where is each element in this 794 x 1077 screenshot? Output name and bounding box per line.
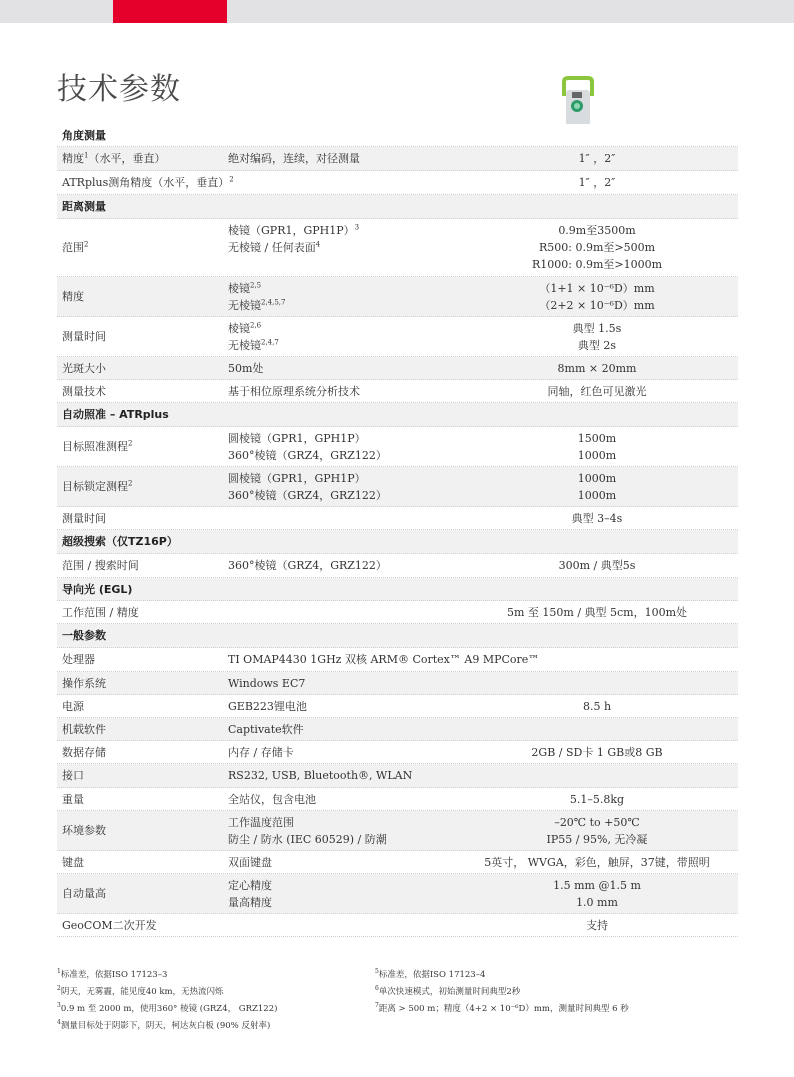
row-spec: TI OMAP4430 1GHz 双核 ARM® Cortex™ A9 MPCo… [228, 651, 738, 668]
row-label: 目标照准测程2 [57, 438, 228, 455]
section-header-powersearch: 超级搜索（仅TZ16P） [57, 530, 738, 554]
table-row: 重量 全站仪，包含电池 5.1–5.8kg [57, 788, 738, 811]
row-value: 5英寸， WVGA，彩色，触屏，37键，带照明 [456, 854, 738, 871]
row-label: 光斑大小 [57, 360, 228, 377]
section-header-general: 一般参数 [57, 624, 738, 648]
brand-accent-block [113, 0, 227, 23]
row-label: 测量时间 [57, 328, 228, 345]
section-header-atrplus: 自动照准 – ATRplus [57, 403, 738, 427]
row-label: 机载软件 [57, 721, 228, 738]
section-header-angle: 角度测量 [57, 124, 738, 147]
row-label: 范围 / 搜索时间 [57, 557, 228, 574]
row-value: 5m 至 150m / 典型 5cm，100m处 [456, 604, 738, 621]
row-label: 精度 [57, 288, 228, 305]
footnote-3: 30.9 m 至 2000 m，使用360° 棱镜 (GRZ4， GRZ122) [57, 1001, 277, 1018]
row-spec: RS232, USB, Bluetooth®, WLAN [228, 767, 456, 784]
footnotes-left: 1标准差，依据ISO 17123–3 2阴天，无雾霾，能见度40 km，无热流闪… [57, 967, 277, 1035]
row-value: 5.1–5.8kg [456, 791, 738, 808]
table-row: 数据存储 内存 / 存储卡 2GB / SD卡 1 GB或8 GB [57, 741, 738, 764]
table-row: 电源 GEB223锂电池 8.5 h [57, 695, 738, 718]
row-label: GeoCOM二次开发 [57, 917, 228, 934]
row-label: 范围2 [57, 239, 228, 256]
row-value: 1500m 1000m [456, 430, 738, 464]
row-label: 电源 [57, 698, 228, 715]
section-header-egl: 导向光 (EGL) [57, 578, 738, 601]
row-spec: 绝对编码，连续，对径测量 [228, 150, 456, 167]
table-row: 工作范围 / 精度 5m 至 150m / 典型 5cm，100m处 [57, 601, 738, 624]
row-spec: 圆棱镜（GPR1，GPH1P） 360°棱镜（GRZ4，GRZ122） [228, 430, 456, 464]
table-row: 测量时间 典型 3–4s [57, 507, 738, 530]
row-label: 接口 [57, 767, 228, 784]
footnote-6: 6单次快速模式，初始测量时间典型2秒 [375, 984, 629, 1001]
table-row: 目标锁定测程2 圆棱镜（GPR1，GPH1P） 360°棱镜（GRZ4，GRZ1… [57, 467, 738, 507]
row-spec: 棱镜2,5 无棱镜2,4,5,7 [228, 280, 456, 314]
row-label: 键盘 [57, 854, 228, 871]
row-spec: 定心精度 量高精度 [228, 877, 456, 911]
row-value: （1+1 × 10⁻⁶D）mm （2+2 × 10⁻⁶D）mm [456, 280, 738, 314]
row-spec: 内存 / 存储卡 [228, 744, 456, 761]
row-value: 典型 3–4s [456, 510, 738, 527]
row-label: 测量时间 [57, 510, 228, 527]
table-row: 精度1（水平，垂直） 绝对编码，连续，对径测量 1″ ，2″ [57, 147, 738, 171]
row-spec: 50m处 [228, 360, 456, 377]
table-row: 精度 棱镜2,5 无棱镜2,4,5,7 （1+1 × 10⁻⁶D）mm （2+2… [57, 277, 738, 317]
row-spec: 棱镜（GPR1，GPH1P）3 无棱镜 / 任何表面4 [228, 219, 456, 256]
table-row: 自动量高 定心精度 量高精度 1.5 mm @1.5 m 1.0 mm [57, 874, 738, 914]
table-row: 测量技术 基于相位原理系统分析技术 同轴，红色可见激光 [57, 380, 738, 403]
table-row: 环境参数 工作温度范围 防尘 / 防水 (IEC 60529) / 防潮 –20… [57, 811, 738, 851]
row-spec: 双面键盘 [228, 854, 456, 871]
row-label: 目标锁定测程2 [57, 478, 228, 495]
footnotes-right: 5标准差，依据ISO 17123–4 6单次快速模式，初始测量时间典型2秒 7距… [375, 967, 629, 1018]
top-header-bar [0, 0, 794, 23]
table-row: 操作系统 Windows EC7 [57, 672, 738, 695]
row-label: ATRplus测角精度（水平，垂直）2 [57, 174, 456, 191]
row-value: 同轴，红色可见激光 [456, 383, 738, 400]
row-value: 8.5 h [456, 698, 738, 715]
row-label: 数据存储 [57, 744, 228, 761]
footnote-1: 1标准差，依据ISO 17123–3 [57, 967, 277, 984]
footnote-2: 2阴天，无雾霾，能见度40 km，无热流闪烁 [57, 984, 277, 1001]
row-value: 1.5 mm @1.5 m 1.0 mm [456, 877, 738, 911]
row-spec: Captivate软件 [228, 721, 456, 738]
row-value: 典型 1.5s 典型 2s [456, 320, 738, 354]
row-spec: 360°棱镜（GRZ4，GRZ122） [228, 557, 456, 574]
section-header-distance: 距离测量 [57, 195, 738, 219]
table-row: 光斑大小 50m处 8mm × 20mm [57, 357, 738, 380]
row-spec: GEB223锂电池 [228, 698, 456, 715]
table-row: ATRplus测角精度（水平，垂直）2 1″ ，2″ [57, 171, 738, 195]
row-label: 自动量高 [57, 885, 228, 902]
footnote-4: 4测量目标处于阴影下，阴天，柯达灰白板 (90% 反射率) [57, 1018, 277, 1035]
table-row: 接口 RS232, USB, Bluetooth®, WLAN [57, 764, 738, 788]
table-row: 处理器 TI OMAP4430 1GHz 双核 ARM® Cortex™ A9 … [57, 648, 738, 672]
row-spec: 棱镜2,6 无棱镜2,4,7 [228, 320, 456, 354]
table-row: 键盘 双面键盘 5英寸， WVGA，彩色，触屏，37键，带照明 [57, 851, 738, 874]
row-label: 重量 [57, 791, 228, 808]
row-label: 测量技术 [57, 383, 228, 400]
table-row: 机载软件 Captivate软件 [57, 718, 738, 741]
row-value: 1000m 1000m [456, 470, 738, 504]
footnote-7: 7距离 > 500 m；精度（4+2 × 10⁻⁶D）mm，测量时间典型 6 秒 [375, 1001, 629, 1018]
row-spec: 基于相位原理系统分析技术 [228, 383, 456, 400]
row-spec: 工作温度范围 防尘 / 防水 (IEC 60529) / 防潮 [228, 814, 456, 848]
row-value: 300m / 典型5s [456, 557, 738, 574]
row-label: 精度1（水平，垂直） [57, 150, 228, 167]
row-label: 工作范围 / 精度 [57, 604, 228, 621]
footnote-5: 5标准差，依据ISO 17123–4 [375, 967, 629, 984]
row-value: 2GB / SD卡 1 GB或8 GB [456, 744, 738, 761]
table-row: 目标照准测程2 圆棱镜（GPR1，GPH1P） 360°棱镜（GRZ4，GRZ1… [57, 427, 738, 467]
row-spec: 圆棱镜（GPR1，GPH1P） 360°棱镜（GRZ4，GRZ122） [228, 470, 456, 504]
row-label: 处理器 [57, 651, 228, 668]
page-title: 技术参数 [57, 64, 181, 108]
row-value: –20℃ to +50℃ IP55 / 95%, 无冷凝 [456, 814, 738, 848]
row-spec: Windows EC7 [228, 675, 456, 692]
row-value: 支持 [456, 917, 738, 934]
spec-table: 角度测量 精度1（水平，垂直） 绝对编码，连续，对径测量 1″ ，2″ ATRp… [57, 124, 738, 937]
table-row: 范围2 棱镜（GPR1，GPH1P）3 无棱镜 / 任何表面4 0.9m至350… [57, 219, 738, 277]
row-spec: 全站仪，包含电池 [228, 791, 456, 808]
table-row: 范围 / 搜索时间 360°棱镜（GRZ4，GRZ122） 300m / 典型5… [57, 554, 738, 578]
row-value: 0.9m至3500m R500: 0.9m至>500m R1000: 0.9m至… [456, 222, 738, 273]
table-row: 测量时间 棱镜2,6 无棱镜2,4,7 典型 1.5s 典型 2s [57, 317, 738, 357]
table-row: GeoCOM二次开发 支持 [57, 914, 738, 937]
row-label: 操作系统 [57, 675, 228, 692]
row-label: 环境参数 [57, 822, 228, 839]
row-value: 1″ ，2″ [456, 174, 738, 191]
row-value: 8mm × 20mm [456, 360, 738, 377]
row-value: 1″ ，2″ [456, 150, 738, 167]
